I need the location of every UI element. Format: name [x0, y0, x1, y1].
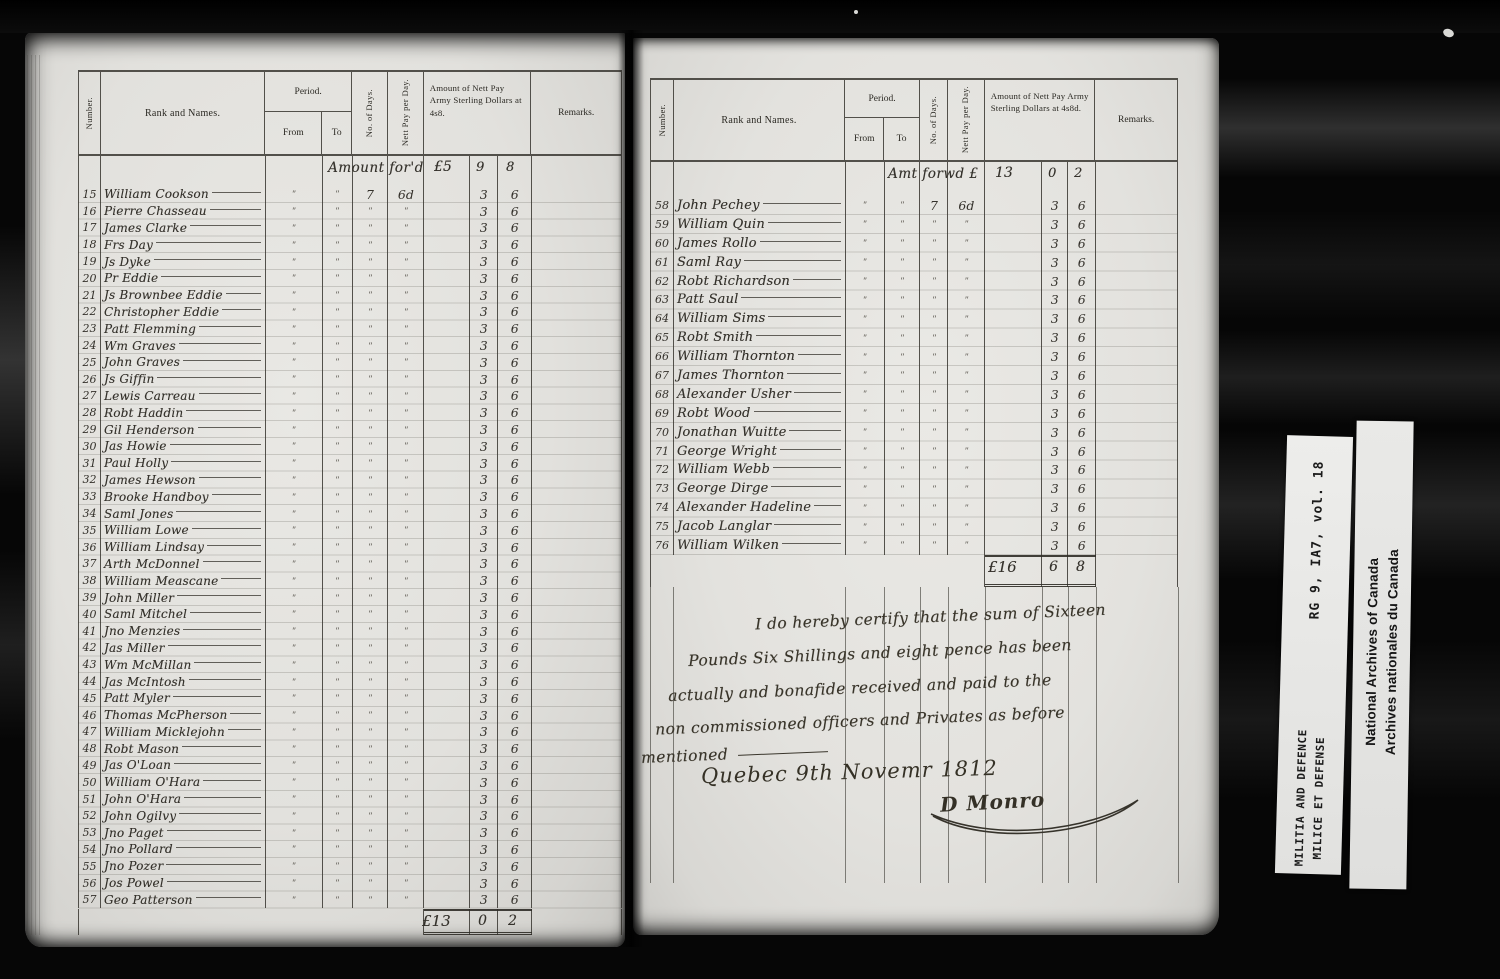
soldier-name: John O'Hara — [104, 792, 181, 806]
cell-name: John Miller — [101, 589, 266, 606]
cell-number: 57 — [79, 891, 101, 908]
name-rule — [226, 293, 261, 294]
cell-pay: ″ — [388, 253, 424, 270]
cell-pence: 6 — [498, 707, 532, 724]
cell-days: ″ — [353, 774, 389, 791]
soldier-name: Jno Paget — [104, 826, 164, 840]
cell-pounds — [424, 371, 470, 388]
name-rule — [183, 629, 260, 630]
table-row: 36 William Lindsay ″ ″ ″ ″ 3 6 — [78, 539, 622, 556]
cell-days: ″ — [353, 623, 389, 640]
cell-days: ″ — [353, 253, 389, 270]
cell-from: ″ — [266, 724, 323, 741]
cell-pounds — [424, 354, 470, 371]
column-header-period-label: Period. — [265, 72, 351, 111]
name-rule — [177, 595, 261, 596]
name-rule — [196, 897, 261, 898]
cell-shillings: 3 — [470, 320, 498, 337]
cell-name: Jno Paget — [101, 824, 266, 841]
cell-remarks — [532, 606, 622, 623]
cell-to: ″ — [323, 572, 353, 589]
cell-number: 38 — [79, 572, 101, 589]
cell-remarks — [532, 707, 622, 724]
cell-number: 18 — [79, 236, 101, 253]
cell-from: ″ — [266, 539, 323, 556]
cell-name: William Lowe — [101, 522, 266, 539]
cell-from: ″ — [266, 791, 323, 808]
cell-days: ″ — [353, 589, 389, 606]
cell-name: William Lindsay — [101, 539, 266, 556]
cell-days: ″ — [353, 354, 389, 371]
cell-shillings: 3 — [470, 354, 498, 371]
cell-remarks — [532, 236, 622, 253]
cell-pounds — [424, 807, 470, 824]
cell-to: ″ — [323, 304, 353, 321]
soldier-name: Jno Pollard — [104, 842, 173, 856]
cell-days: ″ — [353, 690, 389, 707]
cell-name: Saml Jones — [101, 505, 266, 522]
cell-pay: ″ — [388, 354, 424, 371]
table-row: 49 Jas O'Loan ″ ″ ″ ″ 3 6 — [78, 757, 622, 774]
cell-to: ″ — [323, 253, 353, 270]
cell-remarks — [532, 891, 622, 908]
cell-pay: ″ — [388, 690, 424, 707]
cell-number: 44 — [79, 673, 101, 690]
cell-days: ″ — [353, 707, 389, 724]
table-row: 38 William Meascane ″ ″ ″ ″ 3 6 — [78, 572, 622, 589]
cell-pay: ″ — [388, 337, 424, 354]
cell-pence: 6 — [498, 875, 532, 892]
cell-number: 42 — [79, 640, 101, 657]
cell-to: ″ — [323, 656, 353, 673]
cell-pence: 6 — [498, 220, 532, 237]
cell-pay: ″ — [388, 472, 424, 489]
cell-number: 24 — [79, 337, 101, 354]
cell-remarks — [532, 539, 622, 556]
cell-remarks — [532, 220, 622, 237]
cell-days: ″ — [353, 287, 389, 304]
cell-to: ″ — [323, 539, 353, 556]
cell-days: ″ — [353, 807, 389, 824]
cell-remarks — [532, 640, 622, 657]
cell-days: ″ — [353, 640, 389, 657]
cell-pay: ″ — [388, 656, 424, 673]
cell-remarks — [532, 740, 622, 757]
cell-pay: ″ — [388, 455, 424, 472]
cell-remarks — [532, 455, 622, 472]
cell-remarks — [532, 589, 622, 606]
cell-pence: 6 — [498, 421, 532, 438]
cell-pay: ″ — [388, 724, 424, 741]
certification-line: non commissioned officers and Privates a… — [655, 703, 1065, 738]
cell-name: Wm McMillan — [101, 656, 266, 673]
cell-remarks — [532, 673, 622, 690]
cell-from: ″ — [266, 253, 323, 270]
cell-pounds — [424, 539, 470, 556]
cell-from: ″ — [266, 858, 323, 875]
cell-pence: 6 — [498, 488, 532, 505]
certification-block: I do hereby certify that the sum of Sixt… — [633, 38, 1219, 935]
cell-shillings: 3 — [470, 539, 498, 556]
cell-pay: ″ — [388, 287, 424, 304]
name-rule — [222, 309, 260, 310]
cell-remarks — [532, 505, 622, 522]
cell-days: ″ — [353, 270, 389, 287]
table-row: 18 Frs Day ″ ″ ″ ″ 3 6 — [78, 236, 622, 253]
cell-pay: ″ — [388, 640, 424, 657]
table-row: 54 Jno Pollard ″ ″ ″ ″ 3 6 — [78, 841, 622, 858]
table-row: 41 Jno Menzies ″ ″ ″ ″ 3 6 — [78, 623, 622, 640]
cell-pence: 6 — [498, 774, 532, 791]
cell-to: ″ — [323, 438, 353, 455]
cell-pence: 6 — [498, 623, 532, 640]
cell-from: ″ — [266, 774, 323, 791]
cell-name: Patt Myler — [101, 690, 266, 707]
column-header-nett-pay-label: Nett Pay per Day. — [400, 79, 411, 146]
cell-number: 53 — [79, 824, 101, 841]
carry-forward-pence: 8 — [506, 160, 514, 175]
total-pounds: £13 — [422, 912, 451, 930]
cell-pence: 6 — [498, 807, 532, 824]
cell-shillings: 3 — [470, 455, 498, 472]
soldier-name: Gil Henderson — [104, 423, 195, 437]
cell-remarks — [532, 807, 622, 824]
cell-to: ″ — [323, 371, 353, 388]
carry-forward-shillings: 9 — [476, 160, 484, 175]
cell-shillings: 3 — [470, 203, 498, 220]
cell-to: ″ — [323, 824, 353, 841]
film-streak — [1212, 78, 1500, 178]
soldier-name: Saml Mitchel — [104, 607, 187, 621]
cell-days: ″ — [353, 841, 389, 858]
cell-shillings: 3 — [470, 858, 498, 875]
cell-days: ″ — [353, 404, 389, 421]
soldier-name: Js Giffin — [104, 372, 154, 386]
table-row: 31 Paul Holly ″ ″ ″ ″ 3 6 — [78, 455, 622, 472]
cell-from: ″ — [266, 757, 323, 774]
cell-days: ″ — [353, 556, 389, 573]
total-shillings: 0 — [478, 913, 487, 929]
cell-to: ″ — [323, 203, 353, 220]
cell-to: ″ — [323, 287, 353, 304]
cell-pay: ″ — [388, 891, 424, 908]
cell-pounds — [424, 488, 470, 505]
cell-pence: 6 — [498, 304, 532, 321]
cell-remarks — [532, 774, 622, 791]
cell-pence: 6 — [498, 320, 532, 337]
soldier-name: Jno Menzies — [104, 624, 180, 638]
cell-to: ″ — [323, 791, 353, 808]
column-header-period: Period. From To — [265, 72, 352, 154]
cell-from: ″ — [266, 337, 323, 354]
cell-number: 52 — [79, 807, 101, 824]
cell-to: ″ — [323, 488, 353, 505]
film-streak — [1212, 330, 1500, 425]
cell-shillings: 3 — [470, 270, 498, 287]
cell-pence: 6 — [498, 455, 532, 472]
cell-pence: 6 — [498, 236, 532, 253]
cell-pay: ″ — [388, 673, 424, 690]
soldier-name: Patt Flemming — [104, 322, 196, 336]
table-row: 37 Arth McDonnel ″ ″ ″ ″ 3 6 — [78, 556, 622, 573]
cell-name: Paul Holly — [101, 455, 266, 472]
ledger-left-page: Number. Rank and Names. Period. From To … — [25, 33, 625, 947]
table-row: 50 William O'Hara ″ ″ ″ ″ 3 6 — [78, 774, 622, 791]
cell-number: 48 — [79, 740, 101, 757]
cell-pay: ″ — [388, 438, 424, 455]
cell-from: ″ — [266, 807, 323, 824]
cell-to: ″ — [323, 724, 353, 741]
cell-name: Js Giffin — [101, 371, 266, 388]
table-row: 16 Pierre Chasseau ″ ″ ″ ″ 3 6 — [78, 203, 622, 220]
cell-pence: 6 — [498, 354, 532, 371]
soldier-name: Brooke Handboy — [104, 490, 209, 504]
soldier-name: Arth McDonnel — [104, 557, 200, 571]
cell-remarks — [532, 404, 622, 421]
cell-days: ″ — [353, 522, 389, 539]
cell-shillings: 3 — [470, 438, 498, 455]
film-top-band — [0, 0, 1500, 33]
cell-from: ″ — [266, 572, 323, 589]
cell-from: ″ — [266, 824, 323, 841]
institution-label-fr: Archives nationales du Canada — [1380, 549, 1403, 755]
cell-to: ″ — [323, 421, 353, 438]
cell-from: ″ — [266, 304, 323, 321]
soldier-name: James Clarke — [104, 221, 187, 235]
column-header-amount-label: Amount of Nett Pay Army Sterling Dollars… — [430, 82, 526, 119]
cell-from: ″ — [266, 740, 323, 757]
cell-name: Jos Powel — [101, 875, 266, 892]
cell-pounds — [424, 824, 470, 841]
cell-remarks — [532, 421, 622, 438]
cell-pounds — [424, 589, 470, 606]
cell-shillings: 3 — [470, 774, 498, 791]
cell-pence: 6 — [498, 606, 532, 623]
cell-from: ″ — [266, 404, 323, 421]
cell-pence: 6 — [498, 337, 532, 354]
table-row: 20 Pr Eddie ″ ″ ″ ″ 3 6 — [78, 270, 622, 287]
cell-number: 28 — [79, 404, 101, 421]
cell-number: 39 — [79, 589, 101, 606]
cell-name: James Hewson — [101, 472, 266, 489]
cell-shillings: 3 — [470, 421, 498, 438]
cell-pay: ″ — [388, 404, 424, 421]
cell-pay: ″ — [388, 841, 424, 858]
cell-to: ″ — [323, 354, 353, 371]
cell-pence: 6 — [498, 539, 532, 556]
cell-pence: 6 — [498, 724, 532, 741]
cell-days: ″ — [353, 421, 389, 438]
table-row: 30 Jas Howie ″ ″ ″ ″ 3 6 — [78, 438, 622, 455]
name-rule — [203, 561, 261, 562]
table-row: 35 William Lowe ″ ″ ″ ″ 3 6 — [78, 522, 622, 539]
cell-days: ″ — [353, 656, 389, 673]
table-row: 51 John O'Hara ″ ″ ″ ″ 3 6 — [78, 791, 622, 808]
cell-remarks — [532, 270, 622, 287]
cell-remarks — [532, 186, 622, 203]
cell-pounds — [424, 186, 470, 203]
cell-from: ″ — [266, 891, 323, 908]
cell-pounds — [424, 253, 470, 270]
cell-from: ″ — [266, 236, 323, 253]
cell-shillings: 3 — [470, 388, 498, 405]
cell-shillings: 3 — [470, 824, 498, 841]
certification-line: I do hereby certify that the sum of Sixt… — [755, 601, 1106, 634]
cell-to: ″ — [323, 270, 353, 287]
cell-pence: 6 — [498, 203, 532, 220]
name-rule — [161, 276, 260, 277]
film-streak — [1212, 210, 1500, 320]
cell-pounds — [424, 757, 470, 774]
cell-name: Jas Miller — [101, 640, 266, 657]
cell-number: 49 — [79, 757, 101, 774]
cell-shillings: 3 — [470, 589, 498, 606]
cell-number: 20 — [79, 270, 101, 287]
cell-pay: ″ — [388, 556, 424, 573]
cell-shillings: 3 — [470, 220, 498, 237]
cell-pence: 6 — [498, 858, 532, 875]
cell-pay: ″ — [388, 270, 424, 287]
cell-shillings: 3 — [470, 404, 498, 421]
soldier-name: Js Dyke — [104, 255, 151, 269]
name-rule — [212, 192, 261, 193]
cell-number: 36 — [79, 539, 101, 556]
cell-days: ″ — [353, 757, 389, 774]
name-rule — [198, 427, 261, 428]
cell-pay: ″ — [388, 220, 424, 237]
name-rule — [203, 780, 260, 781]
cell-pence: 6 — [498, 270, 532, 287]
cell-name: William Meascane — [101, 572, 266, 589]
cell-pay: ″ — [388, 606, 424, 623]
table-row: 40 Saml Mitchel ″ ″ ″ ″ 3 6 — [78, 606, 622, 623]
soldier-name: Frs Day — [104, 238, 153, 252]
cell-pounds — [424, 522, 470, 539]
table-row: 17 James Clarke ″ ″ ″ ″ 3 6 — [78, 220, 622, 237]
cell-from: ″ — [266, 354, 323, 371]
cell-shillings: 3 — [470, 253, 498, 270]
cell-pounds — [424, 774, 470, 791]
cell-remarks — [532, 438, 622, 455]
cell-pence: 6 — [498, 589, 532, 606]
cell-number: 26 — [79, 371, 101, 388]
cell-number: 34 — [79, 505, 101, 522]
name-rule — [230, 713, 260, 714]
total-pence: 2 — [508, 913, 517, 929]
cell-remarks — [532, 388, 622, 405]
table-row: 28 Robt Haddin ″ ″ ″ ″ 3 6 — [78, 404, 622, 421]
table-row: 23 Patt Flemming ″ ″ ″ ″ 3 6 — [78, 320, 622, 337]
cell-name: William Cookson — [101, 186, 266, 203]
cell-name: Jno Pollard — [101, 841, 266, 858]
cell-name: Jas O'Loan — [101, 757, 266, 774]
name-rule — [157, 377, 260, 378]
cell-shillings: 3 — [470, 186, 498, 203]
table-row: 19 Js Dyke ″ ″ ″ ″ 3 6 — [78, 253, 622, 270]
cell-remarks — [532, 522, 622, 539]
cell-remarks — [532, 337, 622, 354]
cell-pounds — [424, 472, 470, 489]
cell-from: ″ — [266, 421, 323, 438]
cell-pence: 6 — [498, 690, 532, 707]
cell-pay: ″ — [388, 421, 424, 438]
cell-from: ″ — [266, 186, 323, 203]
cell-from: ″ — [266, 203, 323, 220]
cell-number: 22 — [79, 304, 101, 321]
soldier-name: Jas O'Loan — [104, 758, 171, 772]
name-rule — [183, 360, 261, 361]
cell-remarks — [532, 253, 622, 270]
cell-from: ″ — [266, 606, 323, 623]
cell-pence: 6 — [498, 656, 532, 673]
cell-name: Geo Patterson — [101, 891, 266, 908]
cell-pounds — [424, 270, 470, 287]
soldier-name: Patt Myler — [104, 691, 170, 705]
table-row: 25 John Graves ″ ″ ″ ″ 3 6 — [78, 354, 622, 371]
cell-shillings: 3 — [470, 337, 498, 354]
cell-number: 21 — [79, 287, 101, 304]
cell-pence: 6 — [498, 673, 532, 690]
name-rule — [194, 662, 260, 663]
cell-from: ″ — [266, 472, 323, 489]
cell-pence: 6 — [498, 438, 532, 455]
column-header-to: To — [322, 112, 351, 154]
cell-pounds — [424, 556, 470, 573]
table-row: 53 Jno Paget ″ ″ ″ ″ 3 6 — [78, 824, 622, 841]
name-rule — [176, 847, 261, 848]
cell-name: Jas Howie — [101, 438, 266, 455]
cell-from: ″ — [266, 388, 323, 405]
cell-from: ″ — [266, 690, 323, 707]
cell-days: ″ — [353, 304, 389, 321]
cell-days: ″ — [353, 505, 389, 522]
cell-pence: 6 — [498, 740, 532, 757]
cell-to: ″ — [323, 388, 353, 405]
cell-pence: 6 — [498, 522, 532, 539]
cell-pounds — [424, 858, 470, 875]
cell-shillings: 3 — [470, 488, 498, 505]
cell-pounds — [424, 791, 470, 808]
table-row: 32 James Hewson ″ ″ ″ ″ 3 6 — [78, 472, 622, 489]
cell-pay: ″ — [388, 371, 424, 388]
cell-name: Brooke Handboy — [101, 488, 266, 505]
name-rule — [199, 477, 261, 478]
cell-from: ″ — [266, 220, 323, 237]
cell-pounds — [424, 320, 470, 337]
table-row: 42 Jas Miller ″ ″ ″ ″ 3 6 — [78, 640, 622, 657]
name-rule — [173, 696, 261, 697]
cell-remarks — [532, 488, 622, 505]
book-gutter-shadow — [618, 30, 644, 947]
cell-pence: 6 — [498, 404, 532, 421]
cell-number: 43 — [79, 656, 101, 673]
ledger-right-page: Number. Rank and Names. Period. From To … — [633, 38, 1219, 935]
cell-pounds — [424, 304, 470, 321]
table-header: Number. Rank and Names. Period. From To … — [78, 70, 622, 156]
cell-pounds — [424, 841, 470, 858]
cell-number: 16 — [79, 203, 101, 220]
archive-institution-strip: National Archives of Canada Archives nat… — [1349, 421, 1413, 890]
cell-from: ″ — [266, 656, 323, 673]
name-rule — [199, 393, 261, 394]
name-rule — [221, 578, 260, 579]
cell-pay: ″ — [388, 875, 424, 892]
cell-shillings: 3 — [470, 304, 498, 321]
name-rule — [210, 209, 261, 210]
table-row: 39 John Miller ″ ″ ″ ″ 3 6 — [78, 589, 622, 606]
name-rule — [167, 881, 261, 882]
department-label: MILITIA AND DEFENCE MILICE ET DEFENSE — [1291, 729, 1330, 867]
